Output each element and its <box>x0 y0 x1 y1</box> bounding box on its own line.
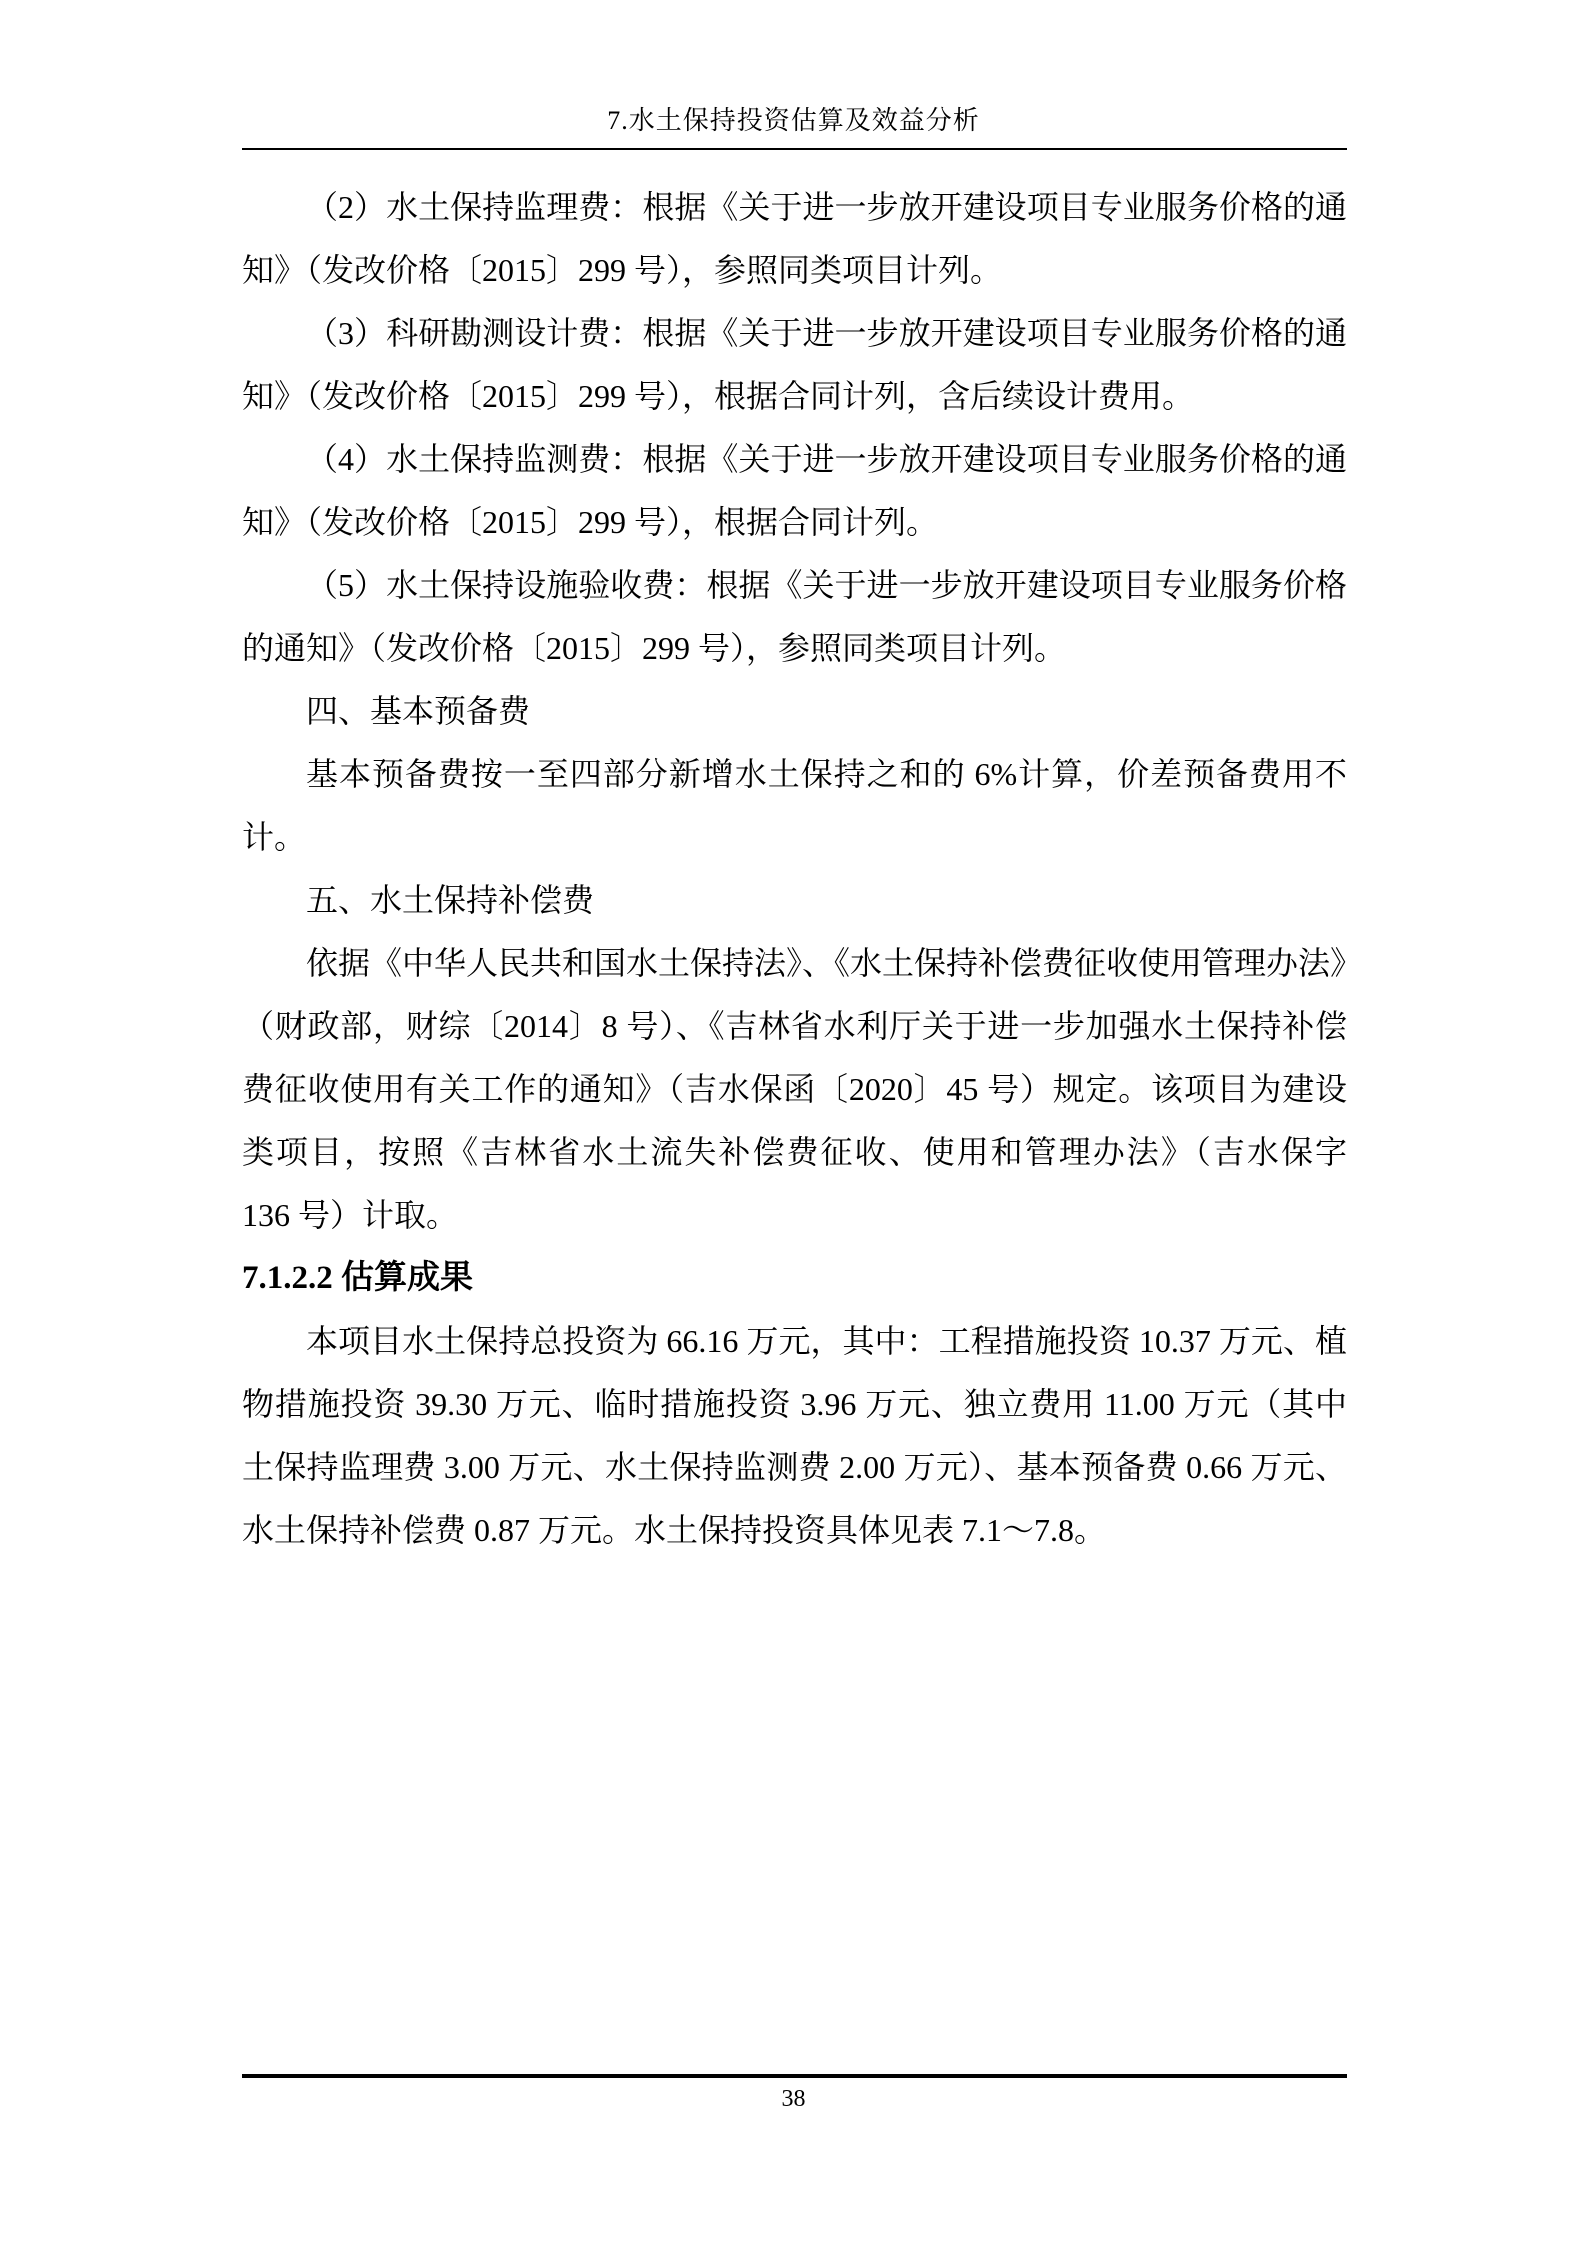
document-page: 7.水土保持投资估算及效益分析 （2）水土保持监理费：根据《关于进一步放开建设项… <box>0 0 1587 2245</box>
page-header-title: 7.水土保持投资估算及效益分析 <box>0 103 1587 139</box>
text-line: （4）水土保持监测费：根据《关于进一步放开建设项目专业服务价格的通 <box>242 428 1347 491</box>
text-line: 计。 <box>242 806 1347 869</box>
text-line: 依据《中华人民共和国水土保持法》、《水土保持补偿费征收使用管理办法》 <box>242 932 1347 995</box>
text-line: 物措施投资 39.30 万元、临时措施投资 3.96 万元、独立费用 11.00… <box>242 1373 1347 1436</box>
text-line: 基本预备费按一至四部分新增水土保持之和的 6%计算，价差预备费用不 <box>242 743 1347 806</box>
header-rule <box>242 148 1347 150</box>
page-number: 38 <box>0 2084 1587 2114</box>
text-line: （2）水土保持监理费：根据《关于进一步放开建设项目专业服务价格的通 <box>242 176 1347 239</box>
text-line: 的通知》（发改价格〔2015〕299 号），参照同类项目计列。 <box>242 617 1347 680</box>
text-line: 土保持监理费 3.00 万元、水土保持监测费 2.00 万元）、基本预备费 0.… <box>242 1436 1347 1499</box>
text-line: 知》（发改价格〔2015〕299 号），参照同类项目计列。 <box>242 239 1347 302</box>
text-line: 知》（发改价格〔2015〕299 号），根据合同计列。 <box>242 491 1347 554</box>
text-line: 本项目水土保持总投资为 66.16 万元，其中：工程措施投资 10.37 万元、… <box>242 1310 1347 1373</box>
section-heading: 7.1.2.2 估算成果 <box>242 1247 1347 1310</box>
text-line: 知》（发改价格〔2015〕299 号），根据合同计列，含后续设计费用。 <box>242 365 1347 428</box>
list-heading-line: 五、水土保持补偿费 <box>242 869 1347 932</box>
text-line: （5）水土保持设施验收费：根据《关于进一步放开建设项目专业服务价格 <box>242 554 1347 617</box>
text-line: 类项目，按照《吉林省水土流失补偿费征收、使用和管理办法》（吉水保字〔1995〕 <box>242 1121 1347 1184</box>
text-line: （财政部，财综〔2014〕8 号）、《吉林省水利厅关于进一步加强水土保持补偿 <box>242 995 1347 1058</box>
list-heading-line: 四、基本预备费 <box>242 680 1347 743</box>
footer-rule <box>242 2074 1347 2078</box>
text-line: （3）科研勘测设计费：根据《关于进一步放开建设项目专业服务价格的通 <box>242 302 1347 365</box>
text-line: 136 号）计取。 <box>242 1184 1347 1247</box>
document-body: （2）水土保持监理费：根据《关于进一步放开建设项目专业服务价格的通 知》（发改价… <box>242 176 1347 1562</box>
text-line: 水土保持补偿费 0.87 万元。水土保持投资具体见表 7.1～7.8。 <box>242 1499 1347 1562</box>
text-line: 费征收使用有关工作的通知》（吉水保函〔2020〕45 号）规定。该项目为建设 <box>242 1058 1347 1121</box>
